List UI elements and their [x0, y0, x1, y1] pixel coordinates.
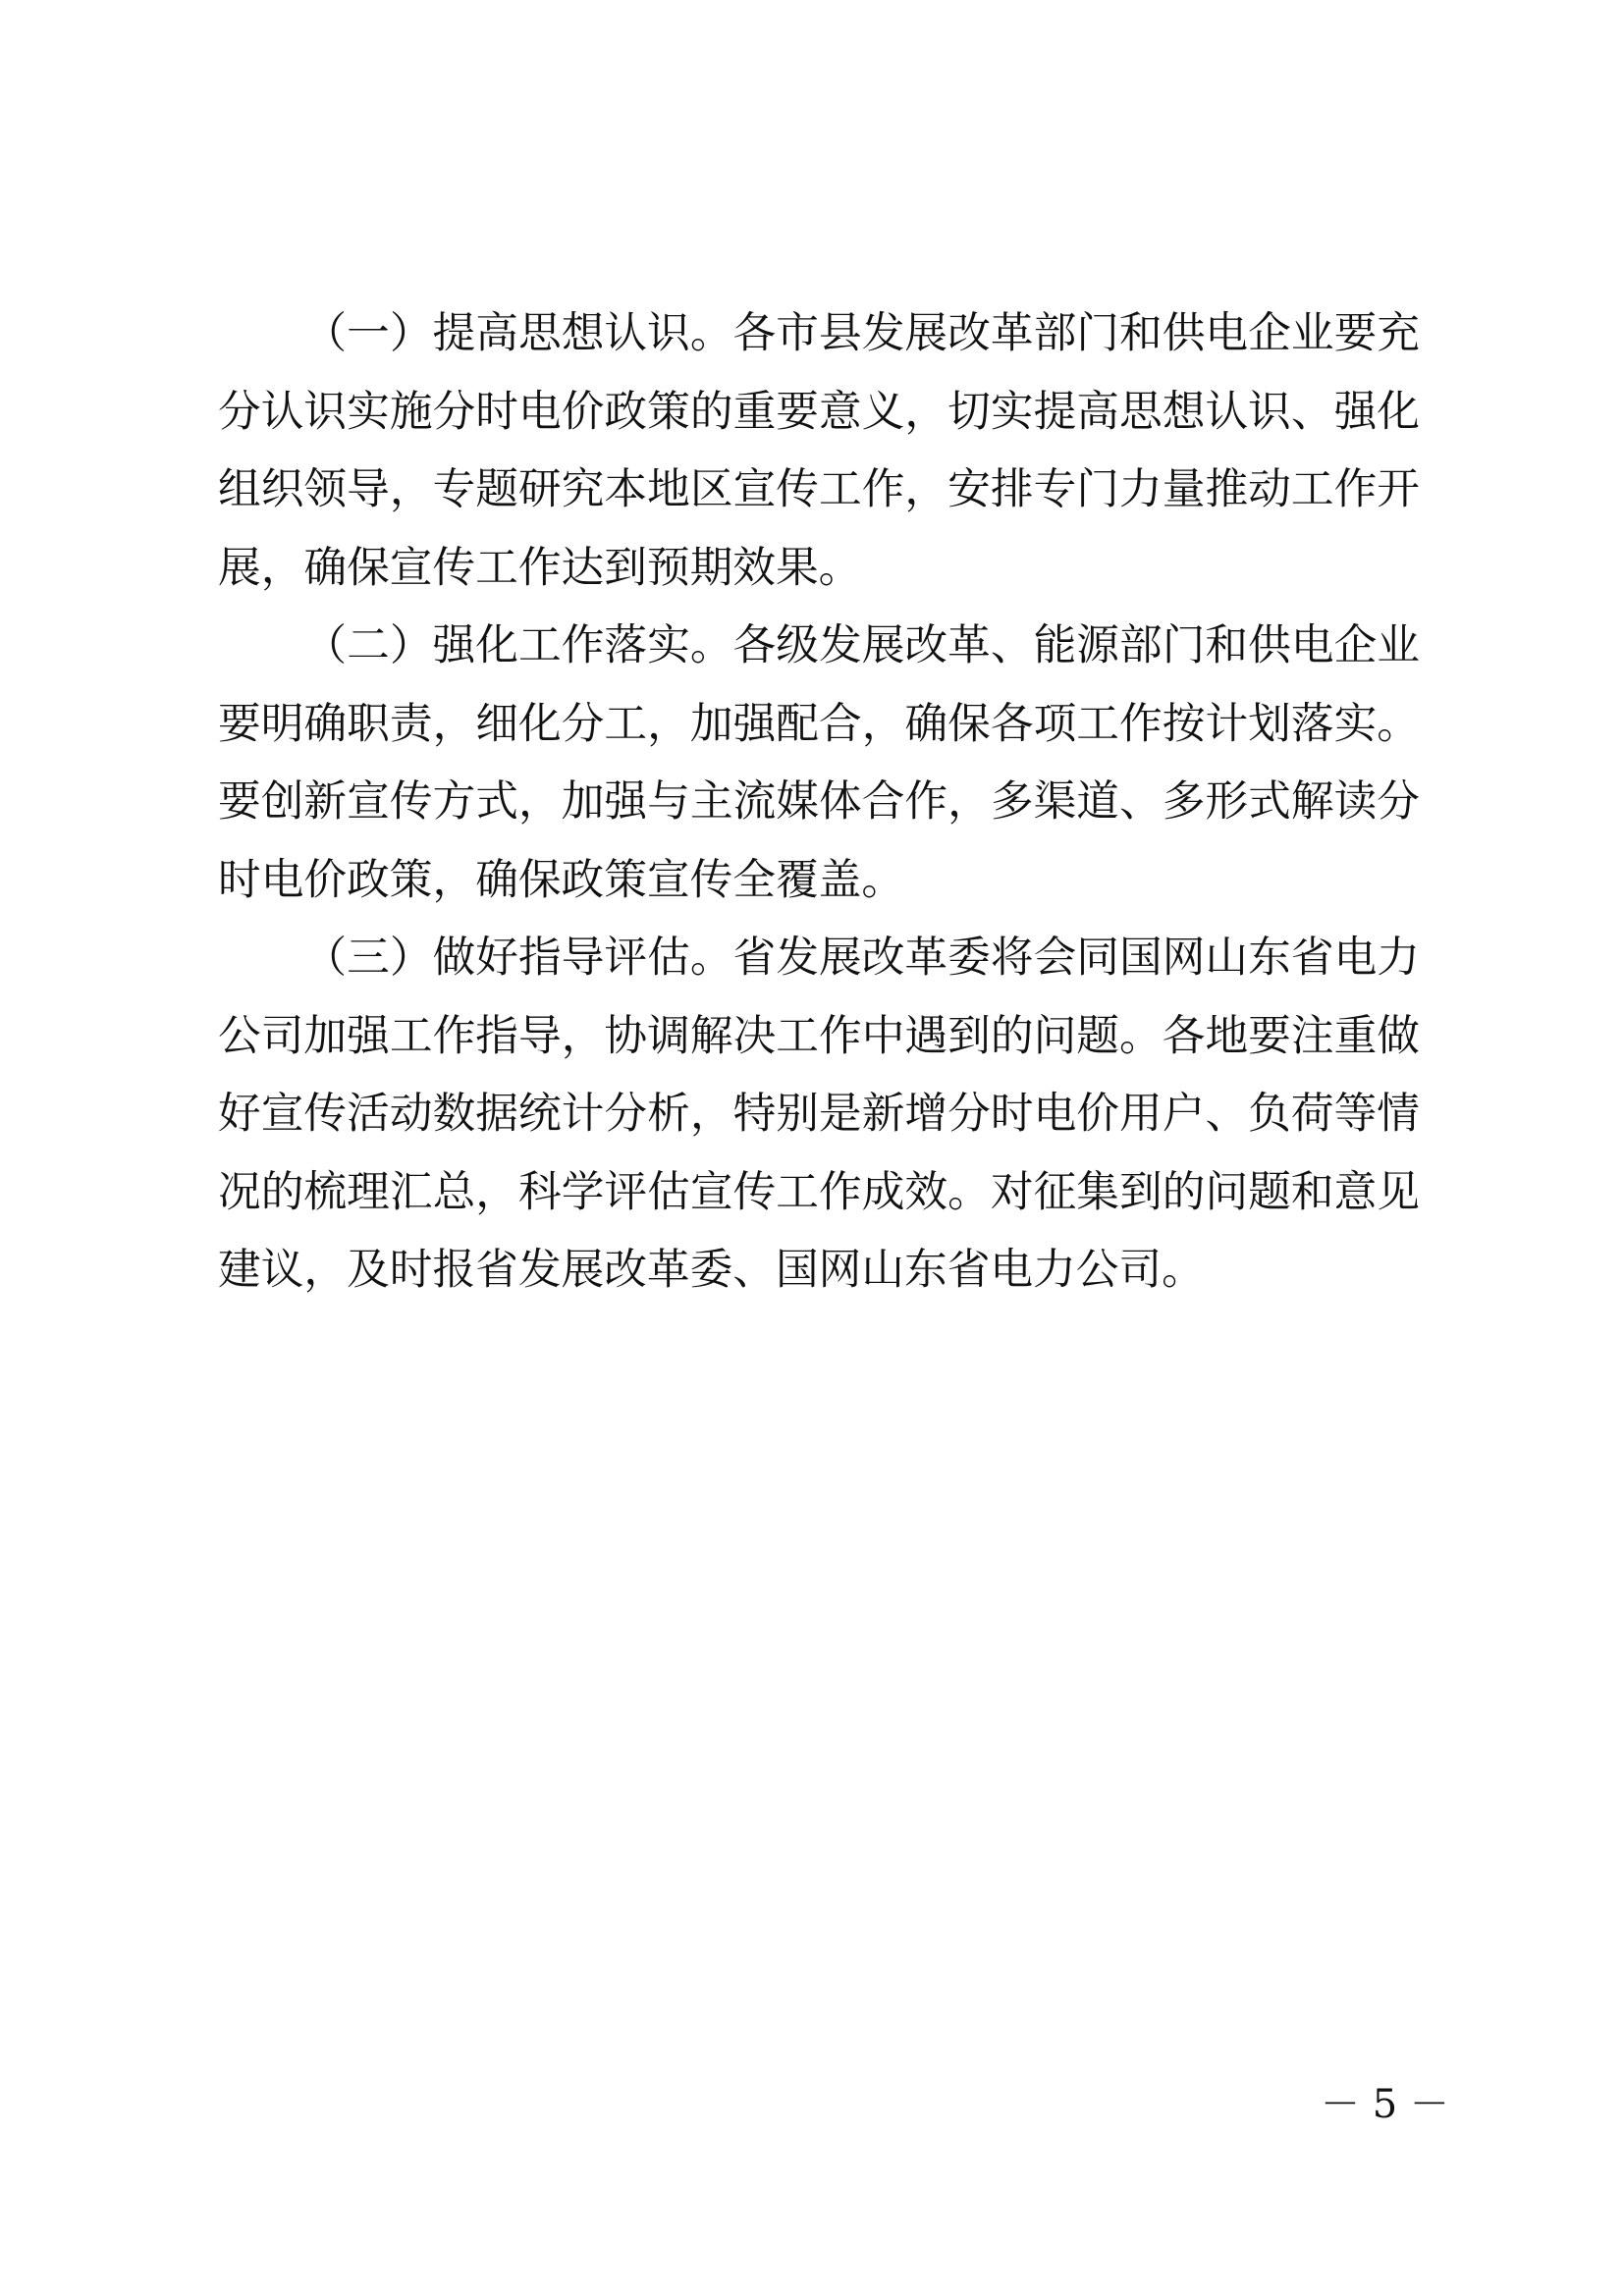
paragraph-strengthen-implementation: （二）强化工作落实。各级发展改革、能源部门和供电企业要明确职责，细化分工，加强配…: [218, 607, 1420, 919]
document-page: （一）提高思想认识。各市县发展改革部门和供电企业要充分认识实施分时电价政策的重要…: [0, 0, 1623, 2296]
paragraph-guidance-evaluation: （三）做好指导评估。省发展改革委将会同国网山东省电力公司加强工作指导，协调解决工…: [218, 919, 1420, 1309]
document-body: （一）提高思想认识。各市县发展改革部门和供电企业要充分认识实施分时电价政策的重要…: [218, 294, 1420, 1309]
paragraph-improve-awareness: （一）提高思想认识。各市县发展改革部门和供电企业要充分认识实施分时电价政策的重要…: [218, 294, 1420, 607]
page-number: － 5 －: [1321, 2081, 1429, 2128]
